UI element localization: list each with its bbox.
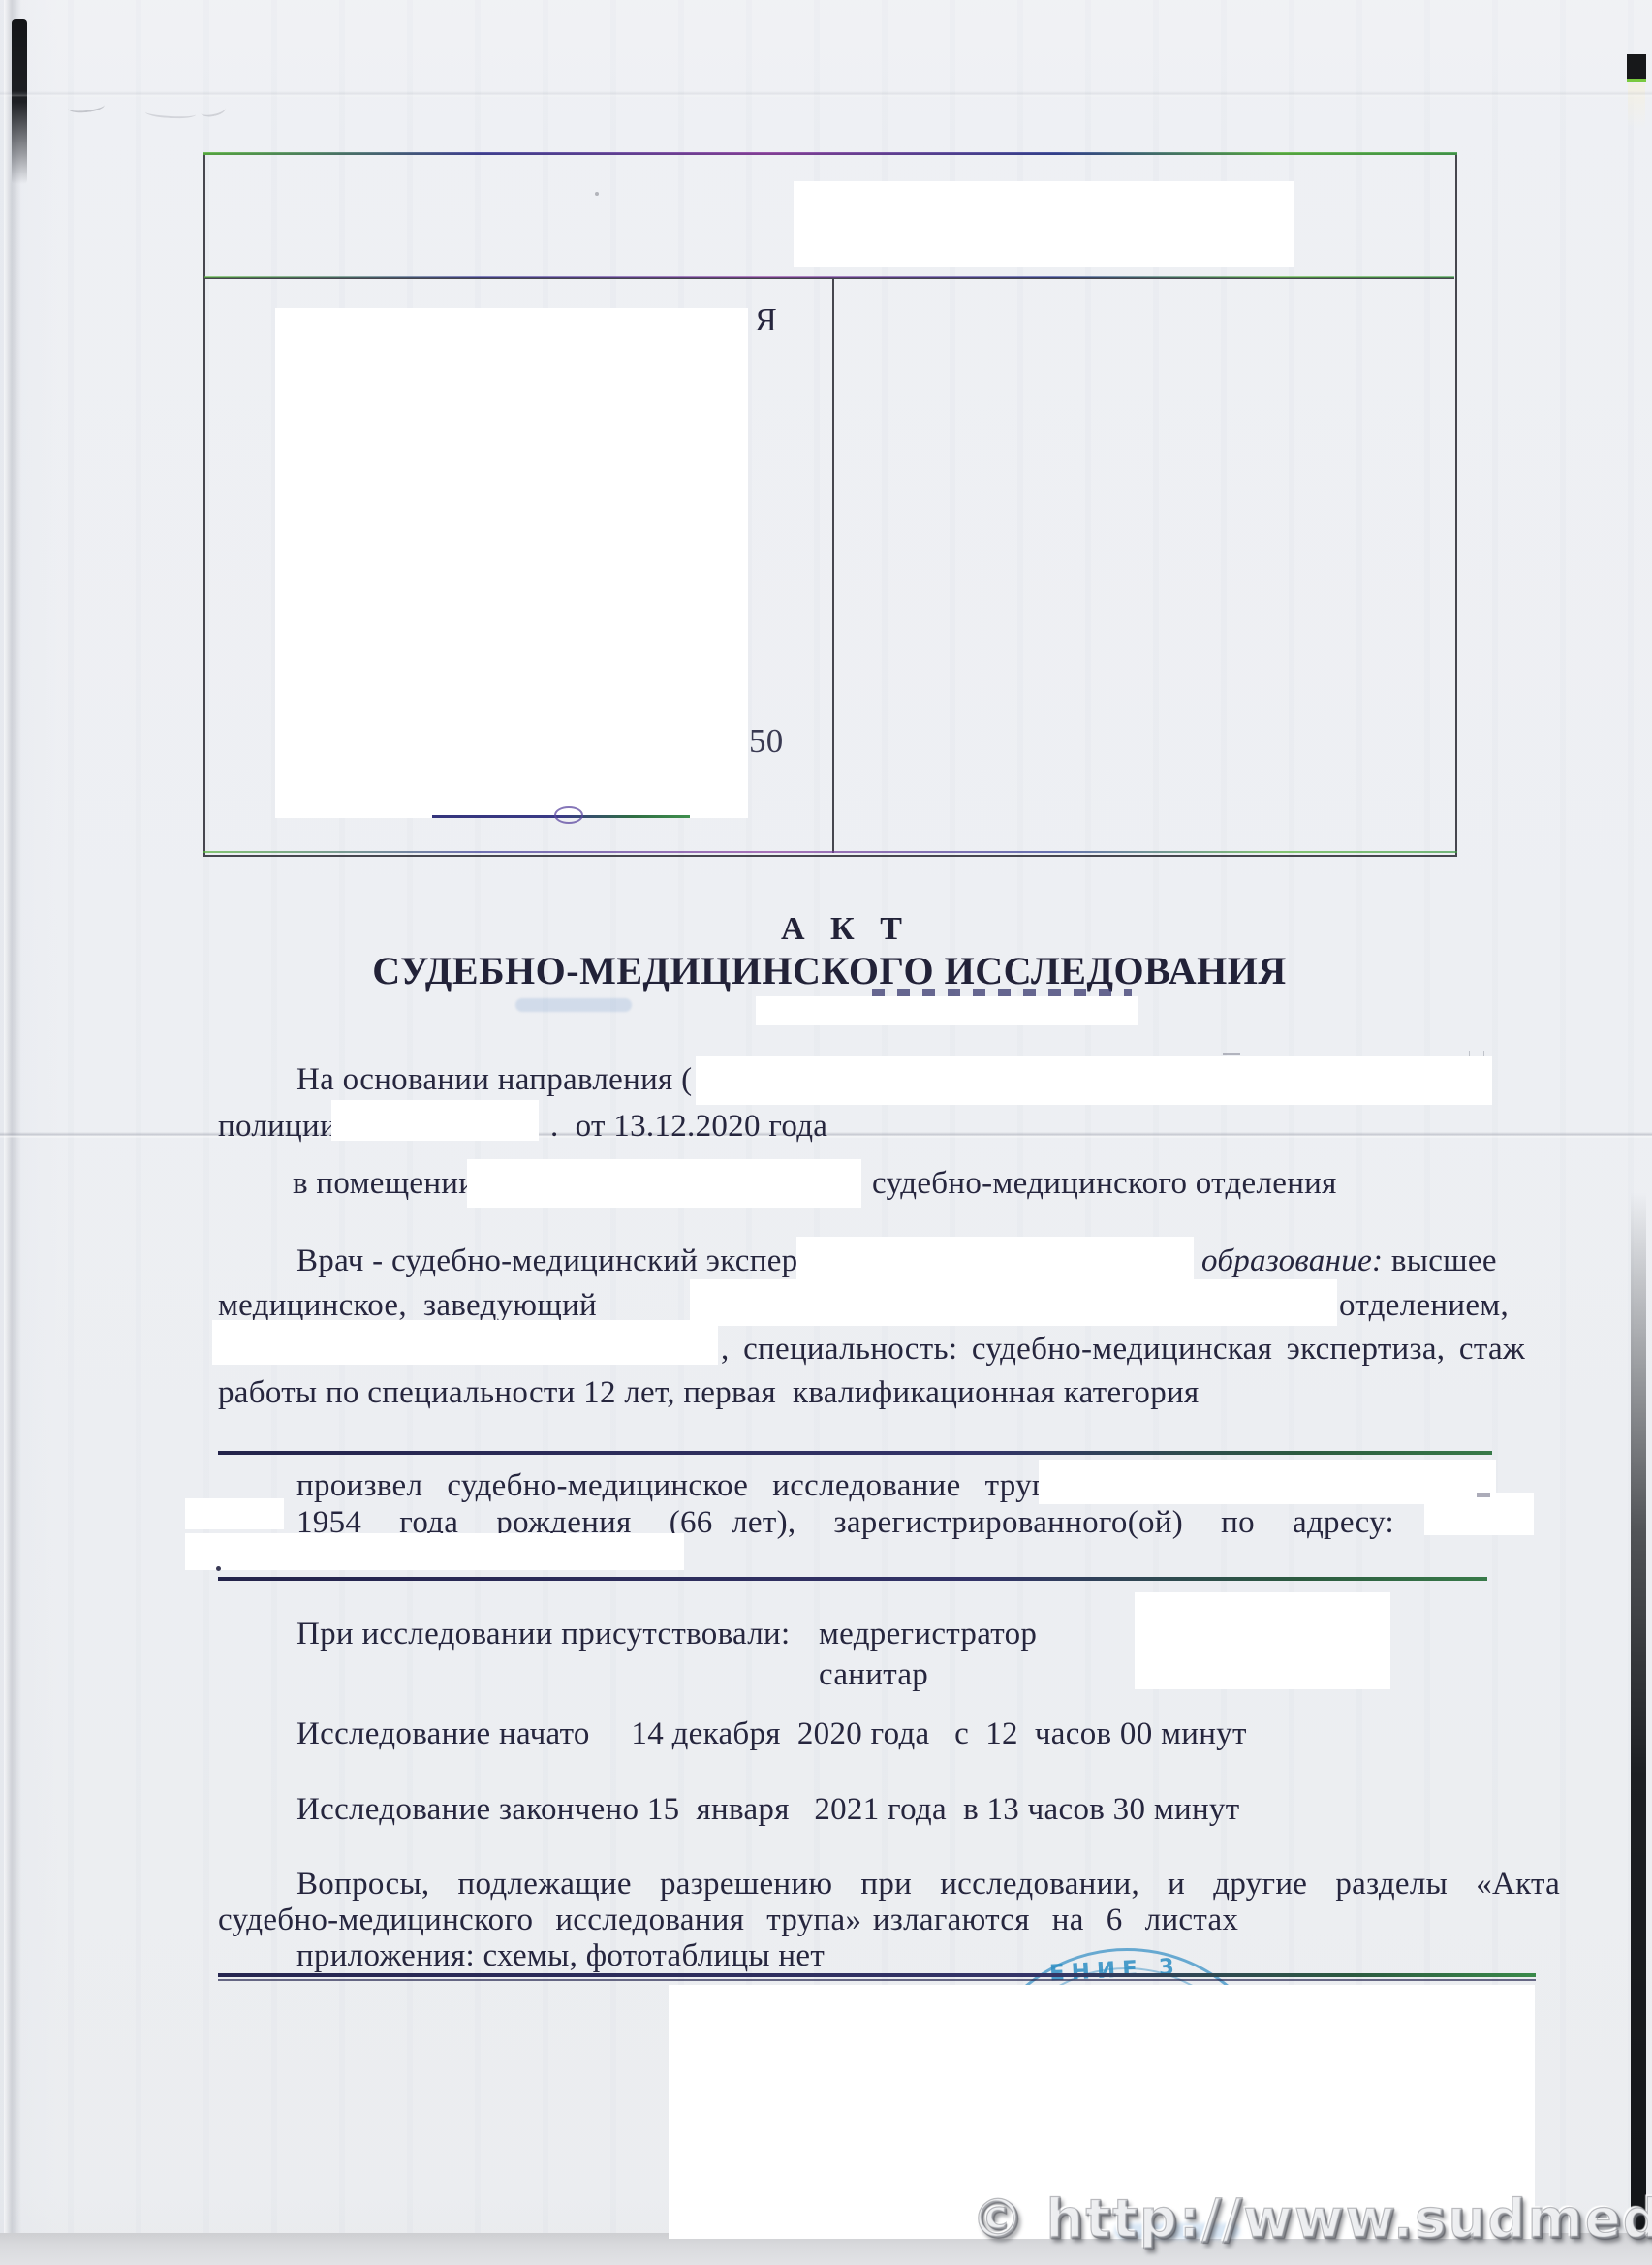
scanned-document-page: Я 50 А К Т СУДЕБНО-МЕДИЦИНСКОГО ИССЛЕДОВ… bbox=[0, 0, 1652, 2265]
redaction-box-performed-2-left bbox=[185, 1498, 284, 1529]
doc-line-expert-1-end: образование: высшее bbox=[1201, 1243, 1497, 1278]
redaction-box-basis-1 bbox=[696, 1056, 1492, 1105]
redaction-box-basis-2 bbox=[331, 1100, 539, 1141]
left-cell-remnant-number: 50 bbox=[749, 723, 784, 761]
pencil-mark bbox=[200, 102, 227, 118]
doc-line-questions-2: судебно-медицинского исследования трупа»… bbox=[218, 1903, 1238, 1937]
expert-education-value: высшее bbox=[1383, 1243, 1496, 1278]
redaction-box-header-right bbox=[794, 181, 1294, 267]
doc-line-present-label: При исследовании присутствовали: bbox=[296, 1617, 790, 1652]
paper-fold-crease-top bbox=[0, 91, 1652, 97]
doc-line-expert-2-end: отделением, bbox=[1339, 1288, 1509, 1323]
redaction-box-left-column bbox=[275, 308, 748, 818]
doc-line-expert-3: , специальность: судебно-медицинская экс… bbox=[721, 1332, 1525, 1367]
doc-line-started: Исследование начато 14 декабря 2020 года… bbox=[296, 1716, 1247, 1751]
redaction-box-performed-2-right bbox=[1424, 1493, 1534, 1535]
doc-line-premises-end: судебно-медицинского отделения bbox=[872, 1166, 1337, 1201]
header-table-top-border bbox=[203, 152, 1457, 155]
pencil-mark bbox=[67, 99, 105, 114]
signature-loop-remnant bbox=[554, 806, 583, 824]
doc-line-premises-start: в помещении bbox=[293, 1166, 476, 1201]
top-right-scan-mark bbox=[1627, 54, 1646, 82]
faint-redacted-trace bbox=[1477, 1493, 1490, 1497]
doc-line-basis-2-end: . от 13.12.2020 года bbox=[550, 1109, 827, 1144]
document-title-akt: А К Т bbox=[781, 911, 911, 948]
redaction-box-expert-1 bbox=[796, 1237, 1194, 1283]
header-table-column-divider bbox=[832, 279, 834, 853]
horizontal-rule-3-double bbox=[218, 1973, 1536, 1977]
header-table-row-divider-chroma bbox=[204, 276, 1454, 278]
pencil-mark bbox=[145, 108, 196, 120]
redaction-box-present bbox=[1135, 1592, 1390, 1689]
watermark-text: © http://www.sudmed.ru bbox=[971, 2188, 1652, 2251]
redaction-box-expert-3 bbox=[212, 1320, 718, 1365]
top-left-scan-mark bbox=[12, 19, 27, 184]
horizontal-rule-3-lower bbox=[218, 1979, 1536, 1981]
doc-line-expert-1-start: Врач - судебно-медицинский эксперт bbox=[296, 1243, 812, 1278]
doc-line-present-role1: медрегистратор bbox=[819, 1617, 1037, 1652]
doc-line-expert-4: работы по специальности 12 лет, первая к… bbox=[218, 1375, 1199, 1410]
horizontal-rule-2 bbox=[218, 1577, 1487, 1581]
doc-line-questions-1: Вопросы, подлежащие разрешению при иссле… bbox=[296, 1867, 1560, 1902]
redaction-box-performed-3 bbox=[185, 1533, 684, 1570]
doc-line-expert-2-start: медицинское, заведующий bbox=[218, 1288, 597, 1323]
doc-line-questions-3: приложения: схемы, фототаблицы нет bbox=[296, 1938, 825, 1973]
doc-line-basis-1: На основании направления ( bbox=[296, 1062, 692, 1097]
redaction-box-act-number bbox=[756, 996, 1138, 1025]
doc-line-present-role2: санитар bbox=[819, 1657, 928, 1692]
header-table-bottom-chroma bbox=[203, 851, 1457, 853]
document-title-line2: СУДЕБНО-МЕДИЦИНСКОГО ИССЛЕДОВАНИЯ bbox=[203, 948, 1455, 993]
expert-education-label: образование: bbox=[1201, 1243, 1383, 1278]
redaction-box-premises bbox=[467, 1159, 861, 1208]
doc-line-performed-1: произвел судебно-медицинское исследовани… bbox=[296, 1468, 1064, 1503]
top-right-edge-strip bbox=[1628, 83, 1645, 128]
doc-line-finished: Исследование закончено 15 января 2021 го… bbox=[296, 1792, 1239, 1827]
right-edge-dark-strip bbox=[1631, 1192, 1646, 2250]
left-cell-remnant-char: Я bbox=[755, 302, 777, 338]
doc-line-basis-2-start: полиции bbox=[218, 1109, 337, 1144]
redaction-box-expert-2 bbox=[690, 1279, 1337, 1326]
horizontal-rule-1 bbox=[218, 1451, 1492, 1455]
faint-blue-smudge bbox=[515, 998, 632, 1012]
faint-redacted-trace bbox=[1223, 1053, 1240, 1055]
stray-period-mark bbox=[216, 1566, 221, 1571]
